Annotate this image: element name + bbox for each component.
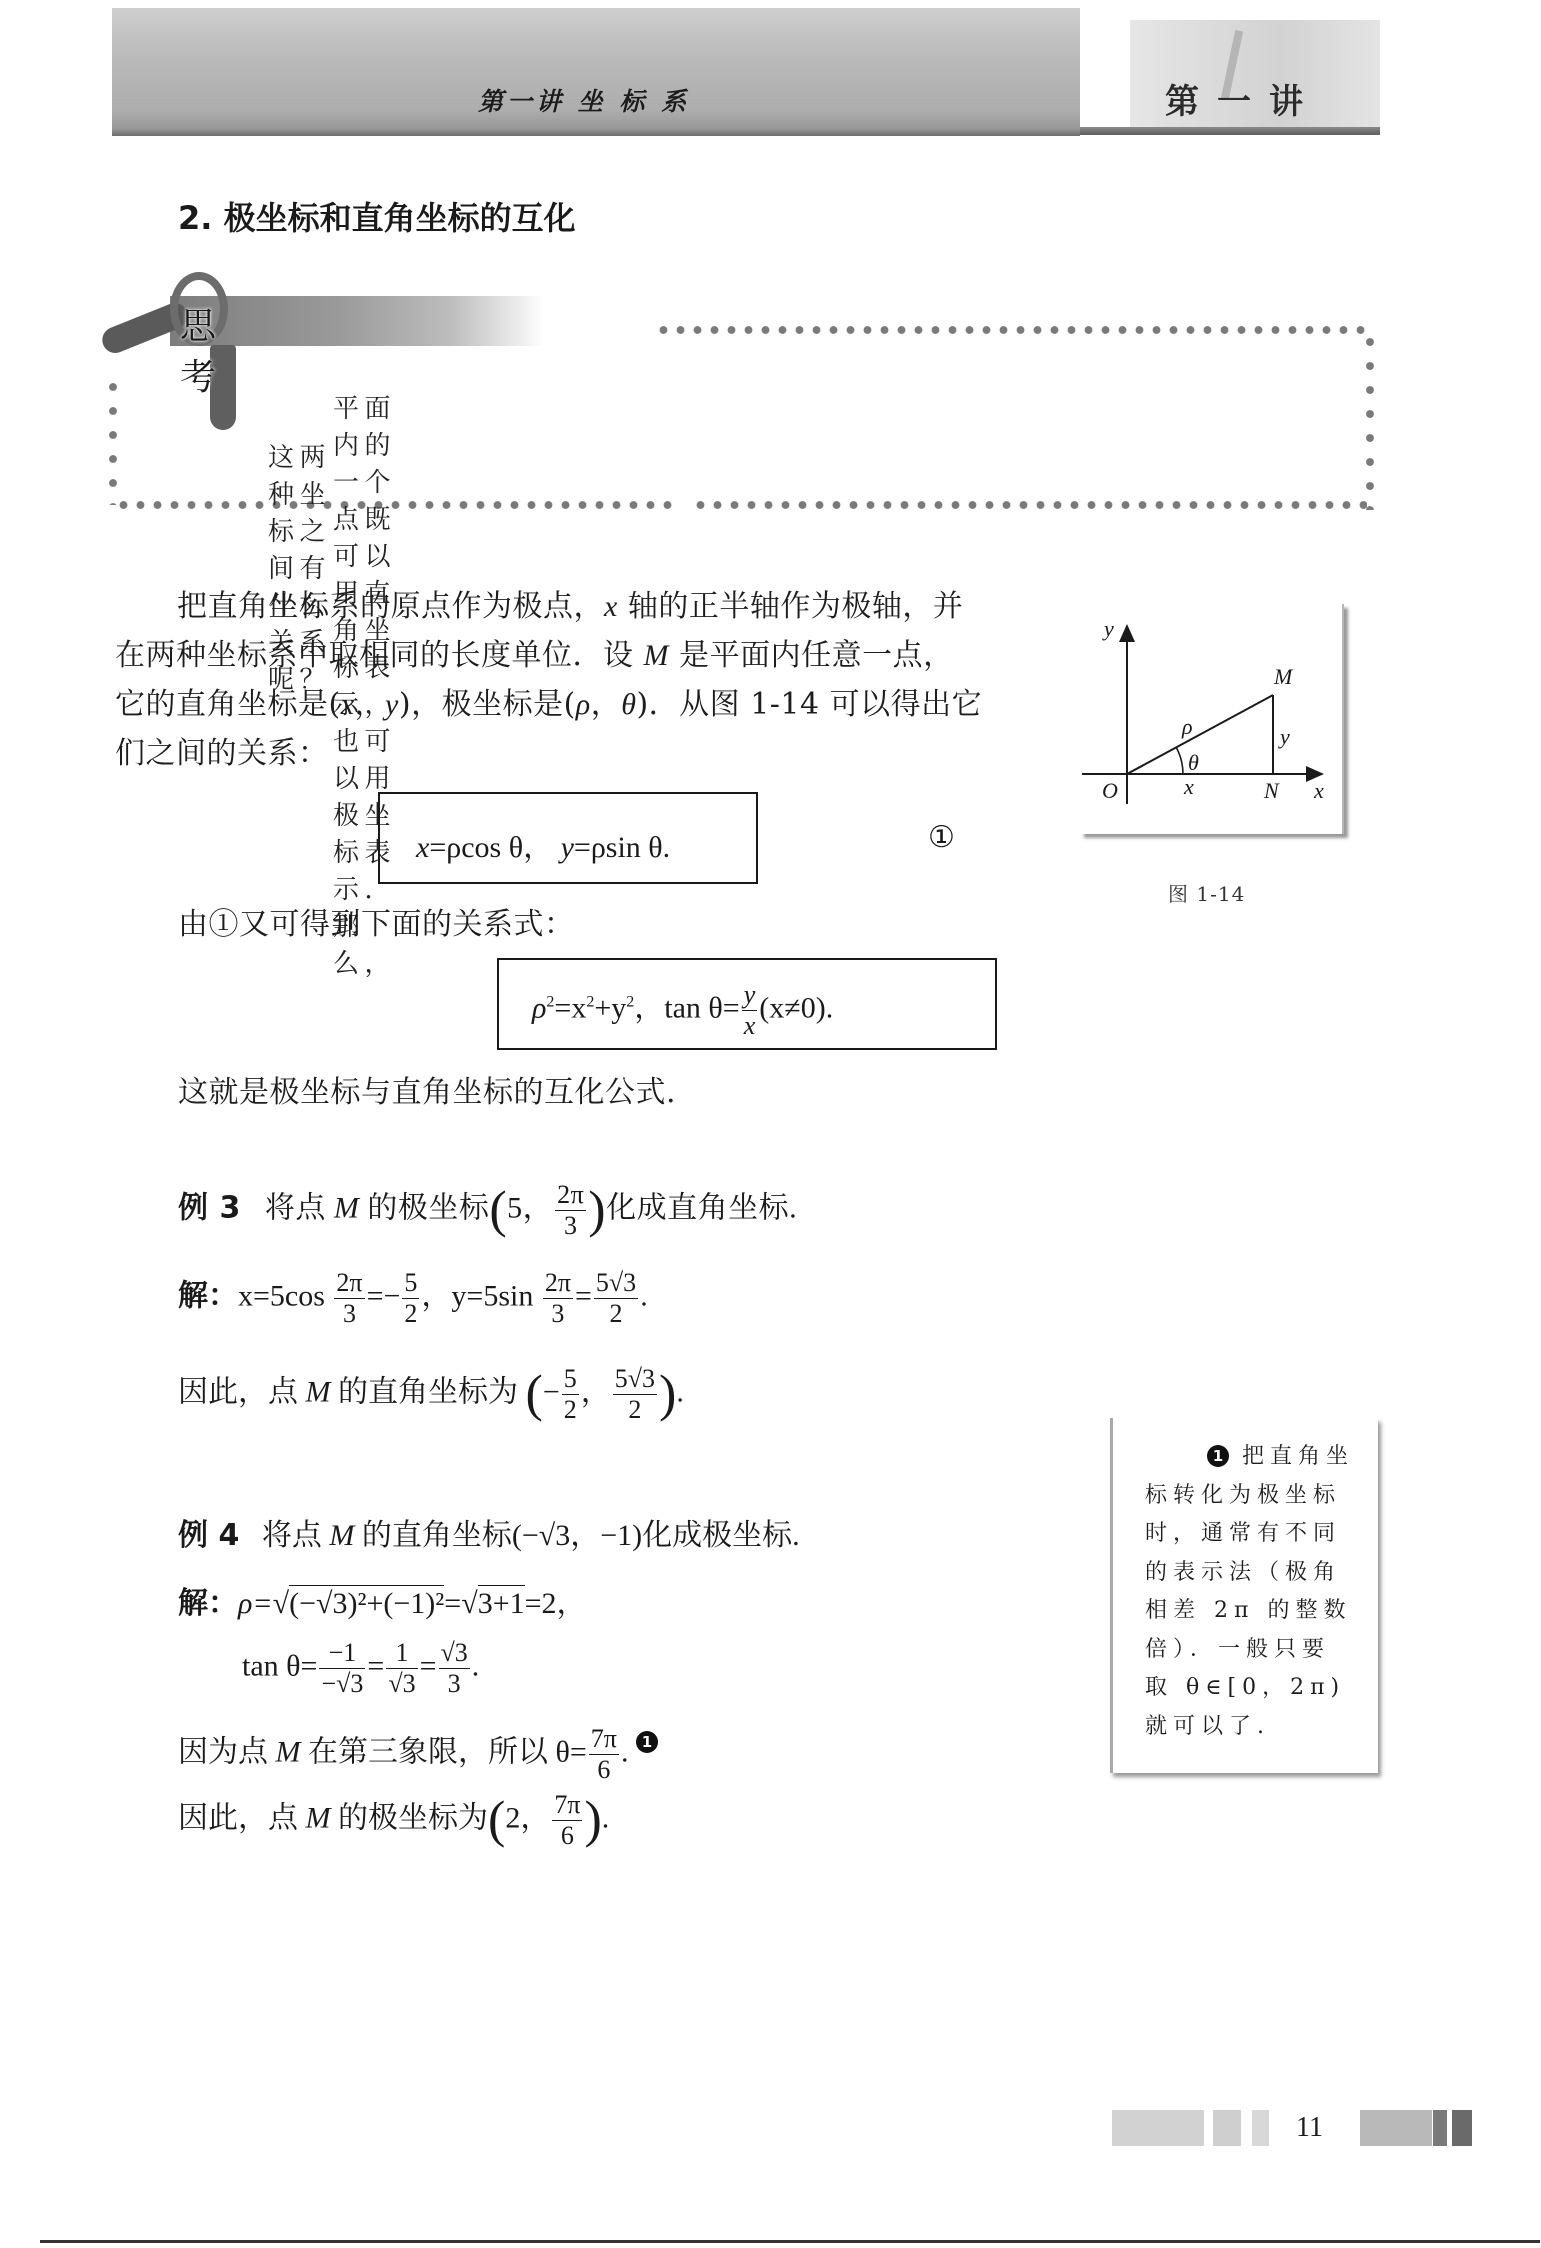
- page-number: 11: [1296, 2112, 1323, 2144]
- example-4-solution-rho: 解：ρ=√(−√3)²+(−1)²=√3+1=2，: [178, 1578, 587, 1622]
- footer-rule: [40, 2240, 1540, 2243]
- fig-label-m: M: [1274, 664, 1292, 690]
- intro-line-2: 在两种坐标系中取相同的长度单位．设 M 是平面内任意一点，: [115, 631, 1035, 680]
- formula-1: x=ρcos θ， y=ρsin θ.: [416, 822, 670, 866]
- example-3-result: 因此，点 M 的直角坐标为 (−52，5√32).: [178, 1366, 684, 1423]
- think-border-left: [108, 375, 118, 505]
- footnote-marker[interactable]: 1: [636, 1731, 658, 1753]
- conclusion-line: 这就是极坐标与直角坐标的互化公式.: [178, 1068, 676, 1117]
- side-note-text: 1 把直角坐标转化为极坐标时，通常有不同的表示法（极角相差 2π 的整数倍）．一…: [1145, 1438, 1355, 1746]
- fig-label-n: N: [1264, 778, 1279, 804]
- example-3-statement: 例 3 将点 M 的极坐标(5，2π3)化成直角坐标.: [178, 1182, 797, 1239]
- polar-rect-diagram: [1080, 604, 1342, 834]
- think-border-bottom-right: [692, 500, 1367, 510]
- example-4-quadrant: 因为点 M 在第三象限，所以 θ=7π6. 1: [178, 1726, 658, 1783]
- think-border-right: [1365, 330, 1375, 510]
- fig-label-origin: O: [1102, 778, 1118, 804]
- footer-deco-1: [1112, 2110, 1204, 2146]
- figure-1-14: y M ρ y θ O x N x: [1080, 604, 1344, 834]
- intro-line-4: 们之间的关系：: [115, 729, 1035, 778]
- running-header-title: 第一讲 坐 标 系: [478, 82, 690, 118]
- fig-label-seg-y: y: [1280, 724, 1290, 750]
- formula-2: ρ2=x2+y2，tan θ=yx(x≠0).: [532, 982, 833, 1039]
- example-3-solution: 解：x=5cos 2π3=−52，y=5sin 2π3=5√32.: [178, 1270, 648, 1327]
- fig-label-rho: ρ: [1182, 714, 1193, 740]
- fig-label-theta: θ: [1188, 750, 1199, 776]
- intro-line-3: 它的直角坐标是(x，y)，极坐标是(ρ，θ)．从图 1-14 可以得出它: [115, 680, 1035, 729]
- think-border-bottom-left: [115, 500, 680, 510]
- footer-deco-2: [1213, 2110, 1241, 2146]
- think-label: 思考: [180, 298, 232, 400]
- figure-caption: 图 1-14: [1168, 878, 1245, 907]
- example-4-solution-tan: tan θ=−1−√3=1√3=√33.: [242, 1640, 479, 1697]
- fig-label-x-axis: x: [1314, 778, 1324, 804]
- fraction-y-over-x: yx: [742, 982, 758, 1039]
- intro-line-1: 把直角坐标系的原点作为极点，x 轴的正半轴作为极轴，并: [115, 582, 1035, 631]
- think-border-top: [655, 325, 1370, 335]
- fig-label-y-axis: y: [1104, 616, 1114, 642]
- footer-deco-6: [1452, 2110, 1472, 2146]
- chapter-tab-label: 第一讲: [1165, 74, 1321, 123]
- footer-deco-3: [1252, 2110, 1269, 2146]
- fig-label-seg-x: x: [1184, 774, 1194, 800]
- derive-line: 由①又可得到下面的关系式：: [178, 900, 575, 949]
- footer-deco-4: [1360, 2110, 1432, 2146]
- intro-paragraph: 把直角坐标系的原点作为极点，x 轴的正半轴作为极轴，并 在两种坐标系中取相同的长…: [115, 582, 1035, 778]
- example-4-result: 因此，点 M 的极坐标为(2，7π6).: [178, 1792, 609, 1849]
- footer-deco-5: [1433, 2110, 1447, 2146]
- example-4-statement: 例 4 将点 M 的直角坐标(−√3，−1)化成极坐标.: [178, 1510, 800, 1554]
- formula-number-1: ①: [928, 820, 955, 855]
- section-title: 2. 极坐标和直角坐标的互化: [178, 193, 576, 239]
- side-note-marker: 1: [1207, 1445, 1229, 1467]
